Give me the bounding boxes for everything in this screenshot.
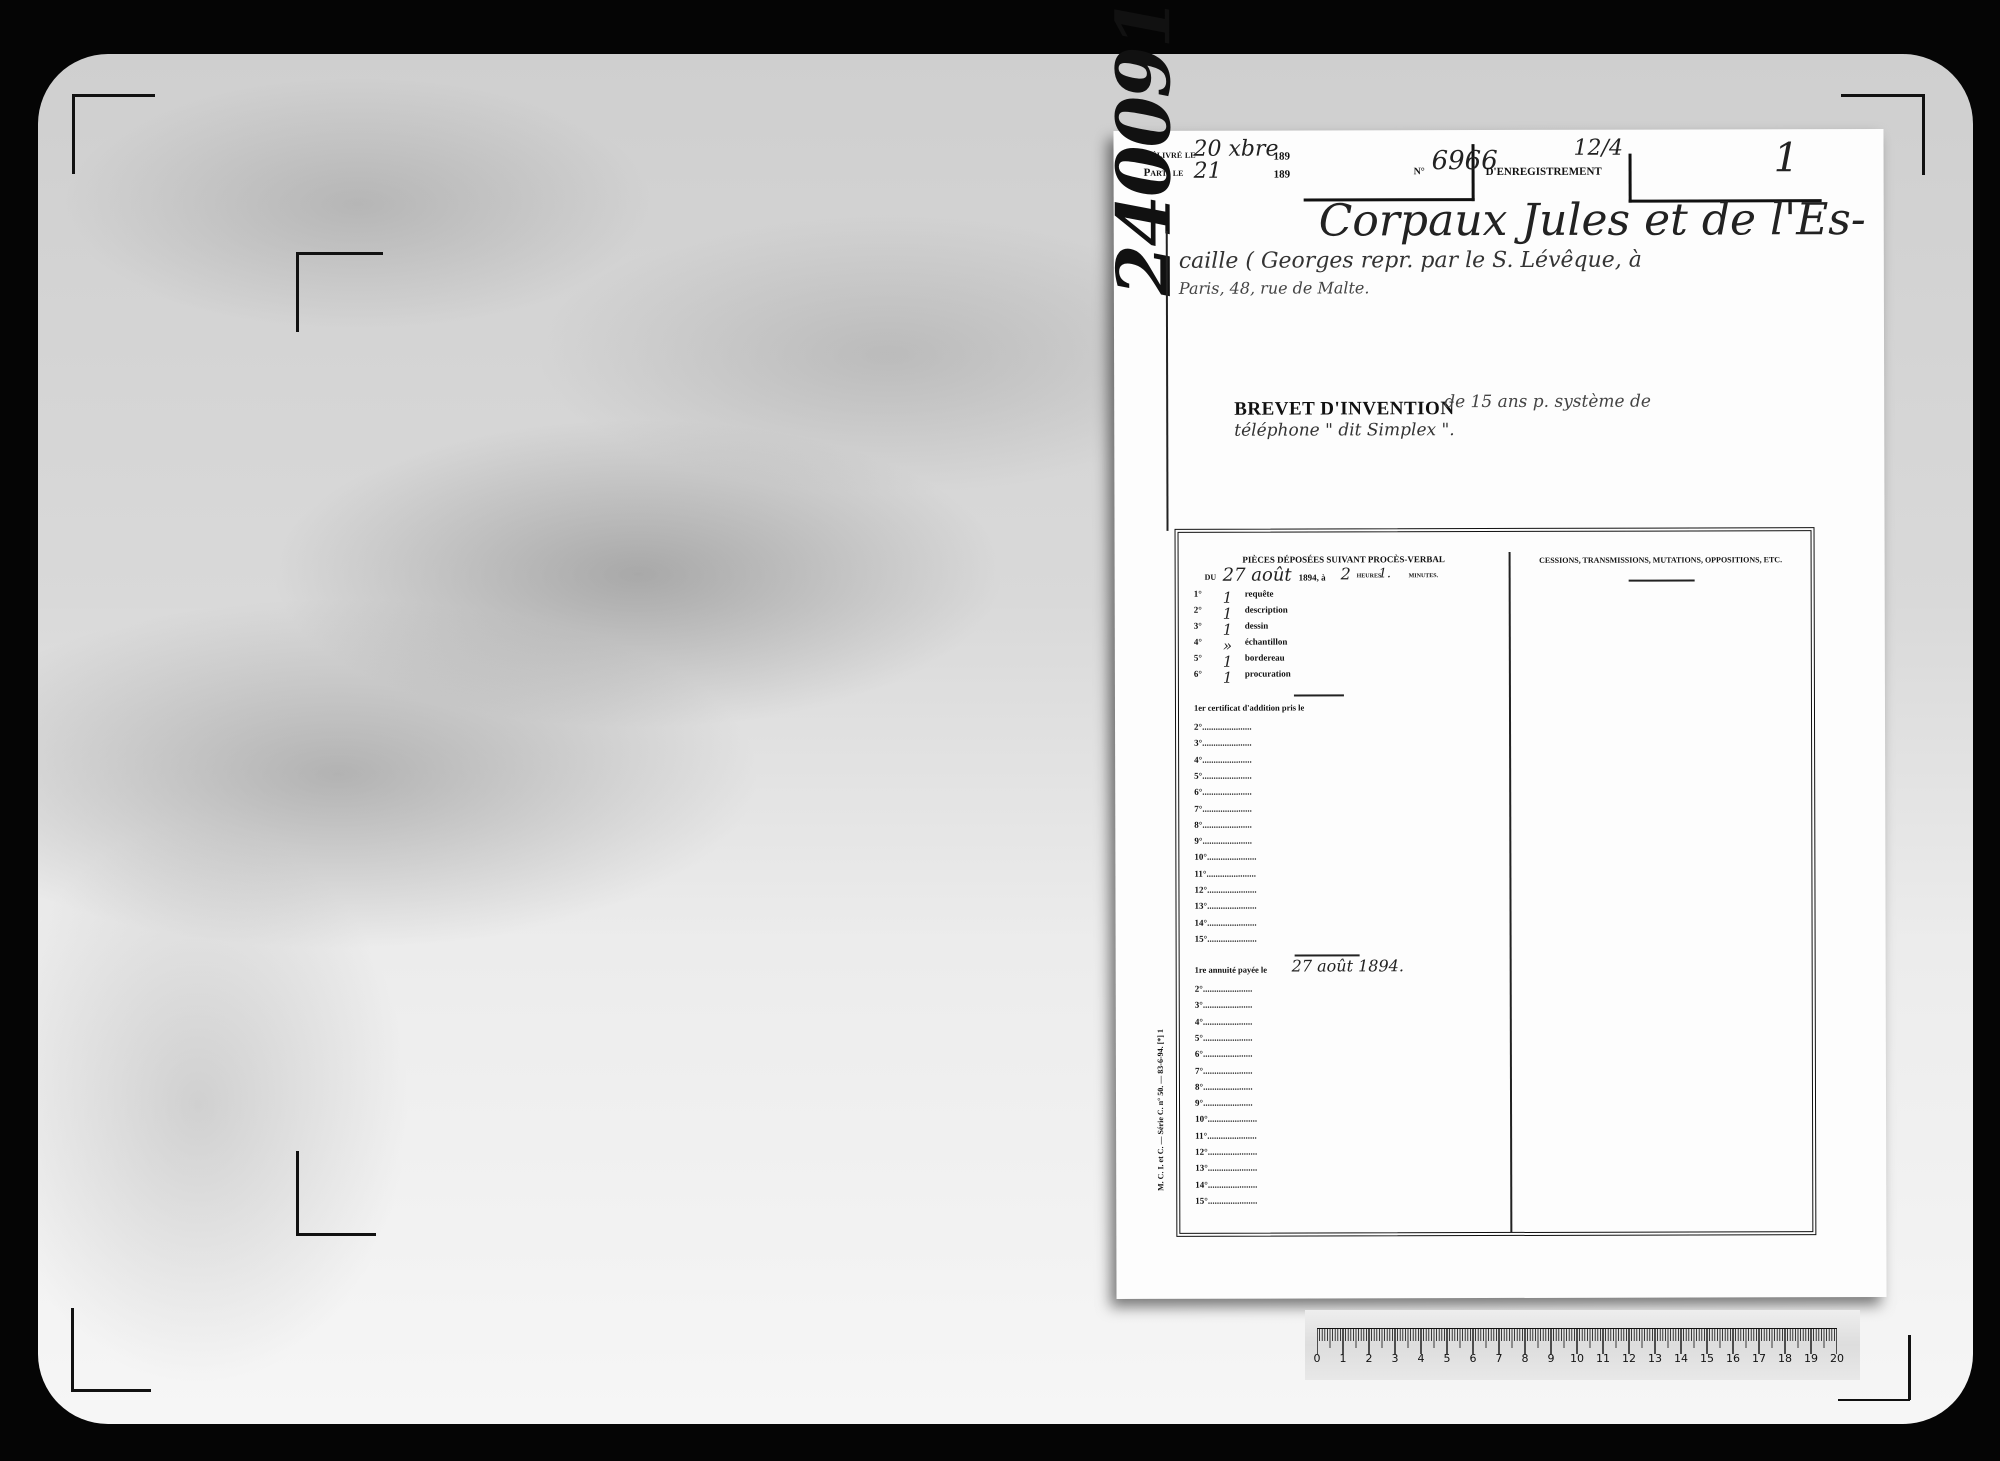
brevet-description-line-2: téléphone " dit Simplex ". (1234, 420, 1455, 441)
ruler-label: 12 (1622, 1352, 1636, 1365)
parti-value: 21 (1194, 159, 1222, 184)
register-row: 10°...................... (1194, 850, 1256, 864)
patent-record-sheet: Délivré le 20 xbre 189 Parti le 21 189 N… (1113, 129, 1886, 1299)
applicant-line-2: caille ( Georges repr. par le S. Lévêque… (1179, 248, 1642, 274)
patent-number: 240091 (1101, 0, 1188, 296)
ruler-label: 10 (1570, 1352, 1584, 1365)
ruler-label: 6 (1470, 1352, 1477, 1365)
ruler-label: 15 (1700, 1352, 1714, 1365)
pieces-date-prefix: DU (1205, 573, 1217, 582)
ruler-label: 17 (1752, 1352, 1766, 1365)
register-row: 12°...................... (1195, 1145, 1257, 1159)
register-row: 6°...................... (1194, 785, 1252, 799)
ruler-label: 3 (1392, 1352, 1399, 1365)
piece-label: dessin (1245, 621, 1269, 631)
register-row: 3°...................... (1194, 736, 1252, 750)
register-row: 8°...................... (1195, 1079, 1253, 1093)
corner-mark: 1 (1773, 135, 1799, 181)
ruler-label: 19 (1804, 1352, 1818, 1365)
annuites-list: 2°......................3°..............… (1179, 531, 1811, 533)
piece-number: 4° (1194, 637, 1202, 647)
register-row: 9°...................... (1194, 834, 1252, 848)
pieces-heading: PIÈCES DÉPOSÉES SUIVANT PROCÈS-VERBAL (1179, 554, 1509, 565)
register-row: 15°...................... (1195, 932, 1257, 946)
piece-label: procuration (1245, 669, 1291, 679)
register-row: 9°...................... (1195, 1096, 1253, 1110)
piece-number: 1° (1194, 589, 1202, 599)
brevet-description-line-1: de 15 ans p. système de (1444, 392, 1651, 413)
annuite-first: 1re annuité payée le (1195, 965, 1267, 975)
register-row: 7°...................... (1194, 801, 1252, 815)
cessions-rule (1629, 579, 1695, 581)
register-row: 2°...................... (1195, 982, 1253, 996)
register-row: 13°...................... (1195, 1161, 1257, 1175)
register-table: PIÈCES DÉPOSÉES SUIVANT PROCÈS-VERBAL DU… (1175, 527, 1817, 1237)
parti-year: 189 (1274, 169, 1291, 181)
ruler-ticks (1317, 1328, 1837, 1354)
register-row: 7°...................... (1195, 1063, 1253, 1077)
register-row: 2°...................... (1194, 720, 1252, 734)
pieces-hour-label: HEURES (1357, 573, 1382, 579)
ruler-label: 18 (1778, 1352, 1792, 1365)
register-row: 14°...................... (1195, 915, 1257, 929)
ruler-label: 11 (1596, 1352, 1610, 1365)
piece-number: 5° (1194, 653, 1202, 663)
ruler-label: 0 (1314, 1352, 1321, 1365)
separator-rule (1294, 694, 1344, 696)
piece-label: bordereau (1245, 653, 1285, 663)
certificats-list: 2°......................3°..............… (1179, 531, 1811, 533)
ruler-label: 8 (1522, 1352, 1529, 1365)
register-row: 5°...................... (1195, 1031, 1253, 1045)
piece-label: requête (1245, 589, 1274, 599)
pieces-list: 1°1requête2°1description3°1dessin4°»écha… (1179, 531, 1811, 533)
pieces-date-value: 27 août (1223, 565, 1292, 586)
register-row: 4°...................... (1194, 752, 1252, 766)
pieces-year: 1894, à (1299, 572, 1326, 582)
annuite-first-value: 27 août 1894. (1292, 956, 1404, 975)
fraction-note: 12/4 (1573, 136, 1622, 161)
register-row: 8°...................... (1194, 817, 1252, 831)
ruler-label: 9 (1548, 1352, 1555, 1365)
piece-number: 2° (1194, 605, 1202, 615)
brevet-title: BREVET D'INVENTION (1234, 398, 1454, 421)
register-row: 10°...................... (1195, 1112, 1257, 1126)
register-row: 5°...................... (1194, 769, 1252, 783)
piece-label: échantillon (1245, 637, 1288, 647)
register-row: 4°...................... (1195, 1014, 1253, 1028)
ruler-label: 2 (1366, 1352, 1373, 1365)
ruler-label: 13 (1648, 1352, 1662, 1365)
pieces-hour-value: 2 (1341, 564, 1351, 583)
ruler-label: 20 (1830, 1352, 1844, 1365)
register-row: 11°...................... (1195, 1128, 1257, 1142)
ruler-label: 16 (1726, 1352, 1740, 1365)
register-row: 12°...................... (1194, 883, 1256, 897)
register-row: 13°...................... (1194, 899, 1256, 913)
enregistrement-label: D'ENREGISTREMENT (1486, 166, 1602, 178)
register-row: 6°...................... (1195, 1047, 1253, 1061)
ruler-label: 4 (1418, 1352, 1425, 1365)
printer-mark: M. C. I. et C. — Série C. n° 50. — 83-6-… (1156, 1029, 1165, 1191)
ruler-label: 1 (1340, 1352, 1347, 1365)
register-row: 3°...................... (1195, 998, 1253, 1012)
piece-label: description (1245, 605, 1288, 615)
column-divider (1509, 552, 1513, 1232)
applicant-line-3: Paris, 48, rue de Malte. (1179, 278, 1370, 297)
ruler-label: 5 (1444, 1352, 1451, 1365)
cessions-heading: CESSIONS, TRANSMISSIONS, MUTATIONS, OPPO… (1511, 555, 1811, 565)
register-row: 15°...................... (1195, 1194, 1257, 1208)
piece-number: 6° (1194, 669, 1202, 679)
pieces-minute-label: MINUTES. (1409, 573, 1439, 579)
register-row: 11°...................... (1194, 866, 1256, 880)
register-row: 14°...................... (1195, 1177, 1257, 1191)
ruler-label: 14 (1674, 1352, 1688, 1365)
piece-count: 1 (1223, 669, 1233, 687)
applicant-line-1: Corpaux Jules et de l'Es- (1319, 194, 1866, 246)
delivre-year: 189 (1274, 151, 1291, 163)
certificat-first: 1er certificat d'addition pris le (1194, 703, 1304, 713)
pieces-minute-value: 1. (1379, 566, 1391, 581)
ruler-label: 7 (1496, 1352, 1503, 1365)
numero-prefix: N° (1414, 166, 1425, 177)
scale-ruler: 01234567891011121314151617181920 (1305, 1310, 1860, 1380)
piece-number: 3° (1194, 621, 1202, 631)
